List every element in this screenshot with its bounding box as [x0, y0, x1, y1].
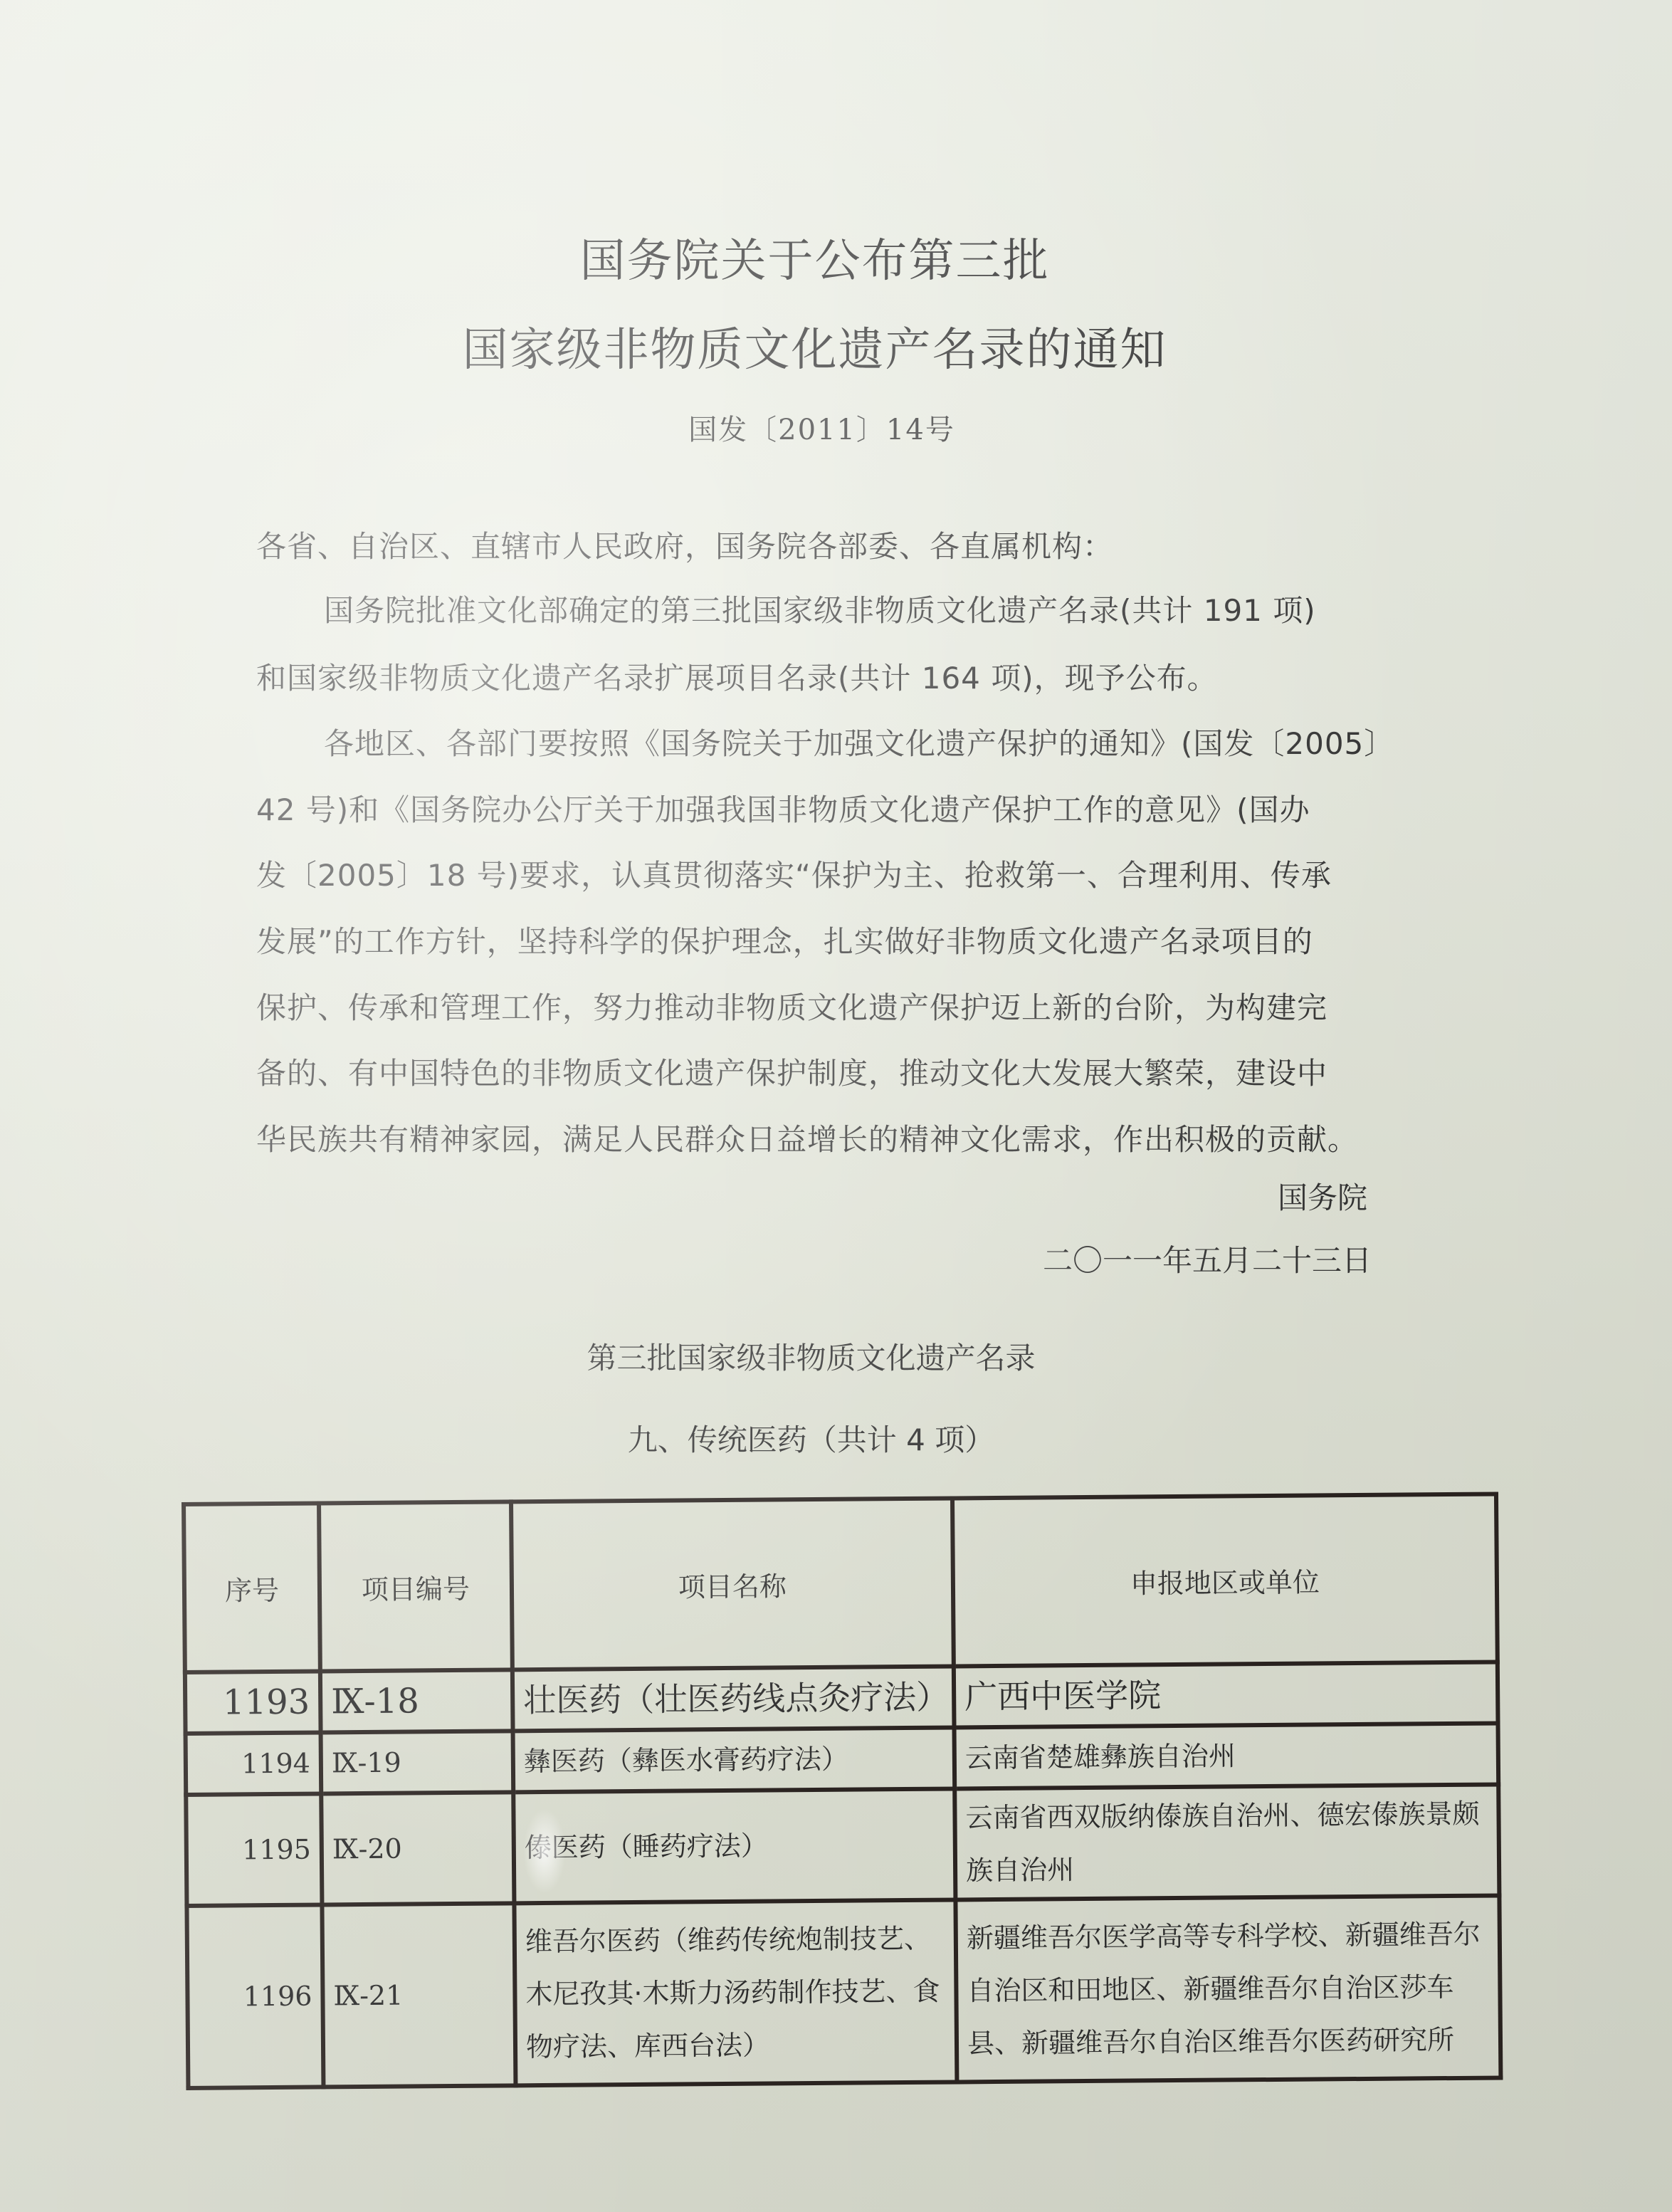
cell-unit: 云南省西双版纳傣族自治州、德宏傣族景颇族自治州 — [955, 1784, 1499, 1899]
column-header-seq: 序号 — [184, 1503, 320, 1672]
paragraph2-line: 保护、传承和管理工作，努力推动非物质文化遗产保护迈上新的台阶，为构建完 — [256, 985, 1327, 1027]
cell-code: Ⅸ-20 — [321, 1792, 514, 1904]
category-heading: 九、传统医药（共计 4 项） — [0, 1417, 1647, 1459]
cell-name: 壮医药（壮医药线点灸疗法） — [512, 1666, 955, 1731]
paragraph1-line: 和国家级非物质文化遗产名录扩展项目名录(共计 164 项)，现予公布。 — [256, 655, 1218, 698]
signing-date: 二〇一一年五月二十三日 — [1043, 1237, 1372, 1280]
cell-code: Ⅸ-21 — [322, 1903, 515, 2087]
column-header-unit: 申报地区或单位 — [952, 1494, 1498, 1666]
table-header-row: 序号 项目编号 项目名称 申报地区或单位 — [184, 1494, 1498, 1672]
cell-seq: 1195 — [186, 1793, 322, 1905]
cell-seq: 1193 — [185, 1671, 321, 1733]
table-row: 1195 Ⅸ-20 傣医药（睡药疗法） 云南省西双版纳傣族自治州、德宏傣族景颇族… — [186, 1784, 1499, 1905]
list-heading: 第三批国家级非物质文化遗产名录 — [0, 1335, 1647, 1378]
cell-name: 彝医药（彝医水膏药疗法） — [513, 1727, 955, 1792]
notice-page: 国务院关于公布第三批 国家级非物质文化遗产名录的通知 国发〔2011〕14号 各… — [0, 0, 1672, 2212]
table-row: 1196 Ⅸ-21 维吾尔医药（维药传统炮制技艺、木尼孜其·木斯力汤药制作技艺、… — [186, 1895, 1500, 2087]
paragraph2-line: 华民族共有精神家园，满足人民群众日益增长的精神文化需求，作出积极的贡献。 — [256, 1116, 1358, 1159]
paragraph2-line: 发展”的工作方针，坚持科学的保护理念，扎实做好非物质文化遗产名录项目的 — [256, 918, 1313, 961]
paragraph2-line: 发〔2005〕18 号)要求，认真贯彻落实“保护为主、抢救第一、合理利用、传承 — [256, 852, 1332, 895]
heritage-list-table: 序号 项目编号 项目名称 申报地区或单位 1193 Ⅸ-18 壮医药（壮医药线点… — [182, 1492, 1503, 2090]
cell-name: 傣医药（睡药疗法） — [513, 1788, 955, 1903]
cell-seq: 1194 — [186, 1732, 322, 1794]
document-title-line2: 国家级非物质文化遗产名录的通知 — [0, 313, 1651, 379]
document-title-line1: 国务院关于公布第三批 — [0, 224, 1651, 290]
salutation: 各省、自治区、直辖市人民政府，国务院各部委、各直属机构： — [256, 523, 1113, 566]
cell-unit: 新疆维吾尔医学高等专科学校、新疆维吾尔自治区和田地区、新疆维吾尔自治区莎车县、新… — [955, 1895, 1500, 2082]
column-header-code: 项目编号 — [319, 1501, 512, 1671]
table-row: 1194 Ⅸ-19 彝医药（彝医水膏药疗法） 云南省楚雄彝族自治州 — [186, 1723, 1499, 1794]
cell-unit: 广西中医学院 — [954, 1662, 1498, 1727]
column-header-name: 项目名称 — [511, 1498, 954, 1670]
cell-unit: 云南省楚雄彝族自治州 — [955, 1723, 1499, 1788]
paragraph2-line: 备的、有中国特色的非物质文化遗产保护制度，推动文化大发展大繁荣，建设中 — [256, 1050, 1327, 1093]
paragraph2-line: 42 号)和《国务院办公厅关于加强我国非物质文化遗产保护工作的意见》(国办 — [256, 787, 1310, 829]
cell-code: Ⅸ-19 — [321, 1731, 514, 1793]
table-row: 1193 Ⅸ-18 壮医药（壮医药线点灸疗法） 广西中医学院 — [185, 1662, 1498, 1733]
document-number: 国发〔2011〕14号 — [0, 407, 1658, 448]
paper-smudge — [523, 1808, 566, 1894]
cell-code: Ⅸ-18 — [320, 1670, 513, 1732]
paragraph1-line: 国务院批准文化部确定的第三批国家级非物质文化遗产名录(共计 191 项) — [324, 587, 1316, 630]
paragraph2-line: 各地区、各部门要按照《国务院关于加强文化遗产保护的通知》(国发〔2005〕 — [324, 720, 1394, 763]
cell-name: 维吾尔医药（维药传统炮制技艺、木尼孜其·木斯力汤药制作技艺、食物疗法、库西台法） — [514, 1899, 957, 2085]
cell-seq: 1196 — [186, 1904, 323, 2087]
signature: 国务院 — [1278, 1175, 1367, 1217]
